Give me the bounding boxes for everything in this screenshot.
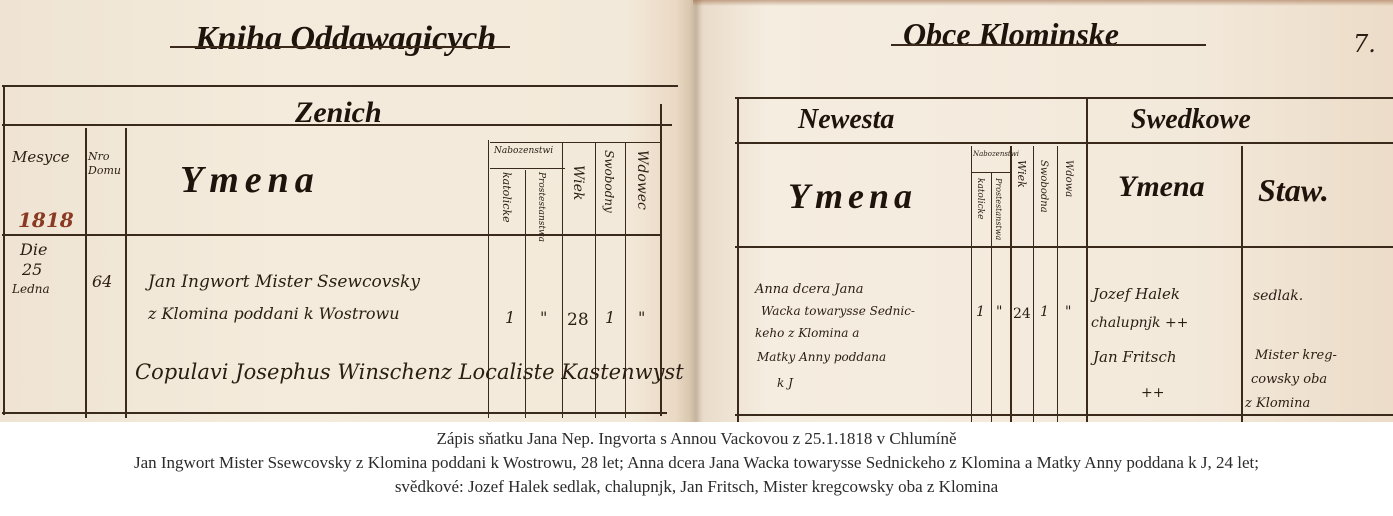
col-single-label: Swobodny <box>602 150 616 230</box>
left-border <box>737 97 739 422</box>
section-title-witnesses: Swedkowe <box>1131 104 1251 136</box>
witness2-mark: ++ <box>1141 385 1164 401</box>
col-divider-2 <box>125 128 127 418</box>
col-protestant-label: Prostestanstwa <box>536 172 546 232</box>
col-divider-3 <box>1010 146 1012 422</box>
groom-name-line1: Jan Ingwort Mister Ssewcovsky <box>148 272 420 292</box>
col-age-label: Wiek <box>570 165 586 233</box>
bride-catholic: 1 <box>976 304 985 320</box>
religion-subheader-line <box>490 168 565 169</box>
right-page: Obce Klominske 7. Newesta Swedkowe Ymena… <box>693 0 1393 422</box>
section-divider <box>735 142 1393 144</box>
left-border <box>3 85 5 415</box>
col-divider-status <box>1241 146 1243 422</box>
col-single-label: Swobodna <box>1038 160 1049 240</box>
caption-title: Zápis sňatku Jana Nep. Ingvorta s Annou … <box>0 428 1393 450</box>
groom-catholic: 1 <box>505 308 515 327</box>
witness2-status-line2: cowsky oba <box>1251 372 1327 387</box>
bride-name-line1: Anna dcera Jana <box>755 282 864 297</box>
bride-age: 24 <box>1013 306 1031 322</box>
bride-name-line4: Matky Anny poddana <box>757 350 886 364</box>
col-divider-1 <box>85 128 87 418</box>
col-witness-names-label: Ymena <box>1118 170 1205 204</box>
table-top-border <box>2 85 678 87</box>
page-number: 7. <box>1353 30 1376 58</box>
col-protestant-label: Prostestanstwa <box>994 178 1003 238</box>
year-label: 1818 <box>18 208 74 232</box>
bride-widow: " <box>1065 304 1071 320</box>
col-witness-status-label: Staw. <box>1258 172 1329 209</box>
groom-name-line2: z Klomina poddani k Wostrowu <box>148 304 400 323</box>
col-divider-1 <box>971 146 972 422</box>
col-religion-label: Nabozenstwi <box>494 146 553 156</box>
register-scan: Kniha Oddawagicych Zenich Mesyce 1818 Nr… <box>0 0 1393 422</box>
col-divider-4 <box>1033 146 1034 422</box>
table-bottom-border <box>2 412 667 414</box>
col-names-label: Ymena <box>788 175 917 217</box>
bride-name-line5: k J <box>777 376 793 390</box>
bride-single: 1 <box>1040 304 1049 320</box>
col-religion-label: Nabozenstwi <box>973 150 1019 158</box>
header-divider <box>735 246 1393 248</box>
section-title-bride: Newesta <box>798 104 894 136</box>
bride-name-line2: Wacka towarysse Sednic- <box>761 304 915 318</box>
col-widow-label: Wdowa <box>1063 160 1074 230</box>
bride-name-line3: keho z Klomina a <box>755 326 859 340</box>
caption-transcription: Jan Ingwort Mister Ssewcovsky z Klomina … <box>0 452 1393 474</box>
witness1-name: Jozef Halek <box>1093 285 1180 303</box>
groom-widower: " <box>638 308 645 327</box>
entry-house-no: 64 <box>92 272 112 291</box>
heading-underline <box>891 44 1206 46</box>
witness2-status-line3: z Klomina <box>1245 396 1310 411</box>
right-page-heading: Obce Klominske <box>903 16 1119 53</box>
header-divider <box>2 234 662 236</box>
col-divider-5 <box>1057 146 1058 422</box>
left-page: Kniha Oddawagicych Zenich Mesyce 1818 Nr… <box>0 0 693 422</box>
entry-date-day: 25 <box>22 260 42 279</box>
groom-single: 1 <box>605 308 615 327</box>
caption-witnesses: svědkové: Jozef Halek sedlak, chalupnjk,… <box>0 476 1393 498</box>
heading-underline <box>170 46 510 48</box>
groom-protestant: " <box>540 308 547 327</box>
entry-date-month: Ledna <box>12 282 50 296</box>
col-house-no-label: Nro Domu <box>88 150 124 178</box>
table-bottom-border <box>735 414 1393 416</box>
witness1-status: sedlak. <box>1253 288 1303 304</box>
col-divider-2 <box>991 172 992 422</box>
religion-subheader-line <box>971 172 1011 173</box>
col-names-label: Ymena <box>180 158 320 202</box>
witness2-status-line1: Mister kreg- <box>1255 348 1337 363</box>
witness1-occupation: chalupnjk ++ <box>1091 315 1188 331</box>
section-title-groom: Zenich <box>295 96 382 130</box>
officiant-note: Copulavi Josephus Winschenz Localiste Ka… <box>135 360 684 384</box>
table-top-border <box>735 97 1393 99</box>
left-page-heading: Kniha Oddawagicych <box>195 20 496 58</box>
entry-date-day-word: Die <box>20 240 47 259</box>
witness2-name: Jan Fritsch <box>1093 348 1177 366</box>
col-catholic-label: katolicke <box>975 178 985 238</box>
col-widower-label: Wdowec <box>634 150 650 230</box>
groom-age: 28 <box>567 310 589 330</box>
subheader-top <box>490 142 660 143</box>
bride-protestant: " <box>996 304 1002 320</box>
col-catholic-label: katolicke <box>500 172 513 232</box>
col-month-label: Mesyce <box>12 148 70 166</box>
col-age-label: Wiek <box>1015 160 1028 220</box>
col-divider-witness <box>1086 97 1088 422</box>
